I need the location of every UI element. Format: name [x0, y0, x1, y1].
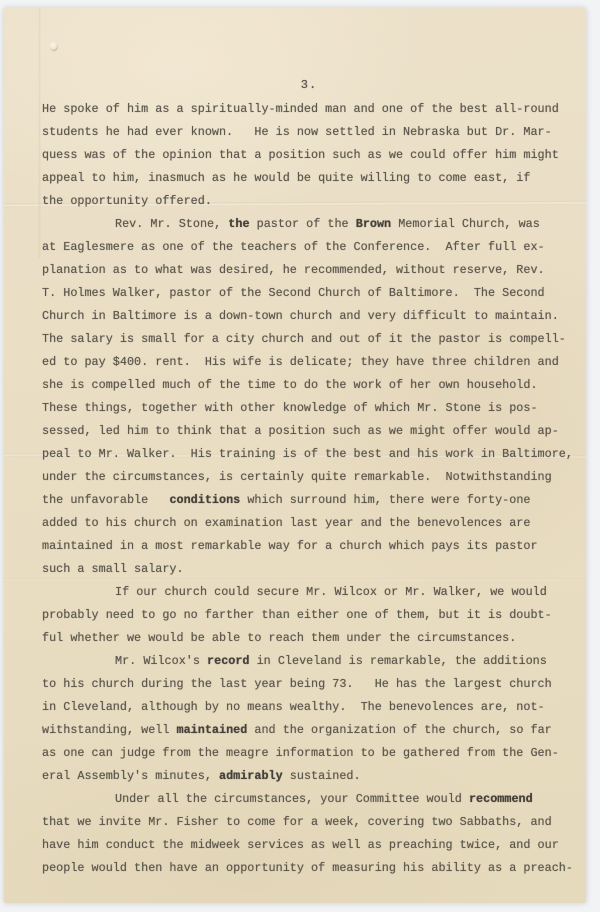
- page-number: 3.: [4, 74, 586, 97]
- overstruck-word: conditions: [169, 493, 240, 507]
- document-lines: He spoke of him as a spiritually-minded …: [42, 98, 582, 880]
- document-line: sessed, led him to think that a position…: [42, 420, 582, 443]
- line-text: Under all the circumstances, your Commit…: [115, 792, 469, 806]
- document-line: to his church during the last year being…: [42, 673, 582, 696]
- line-text: ed to pay $400. rent. His wife is delica…: [42, 355, 559, 369]
- overstruck-word: maintained: [177, 723, 248, 737]
- document-line: maintained in a most remarkable way for …: [42, 535, 582, 558]
- document-line: under the circumstances, is certainly qu…: [42, 466, 582, 489]
- document-line: withstanding, well maintained and the or…: [42, 719, 582, 742]
- line-text: students he had ever known. He is now se…: [42, 125, 552, 139]
- line-text: appeal to him, inasmuch as he would be q…: [42, 171, 530, 185]
- document-line: quess was of the opinion that a position…: [42, 144, 582, 167]
- line-text: as one can judge from the meagre informa…: [42, 746, 559, 760]
- document-line: He spoke of him as a spiritually-minded …: [42, 98, 582, 121]
- line-text: she is compelled much of the time to do …: [42, 378, 538, 392]
- overstruck-word: recommend: [469, 792, 533, 806]
- document-line: peal to Mr. Walker. His training is of t…: [42, 443, 582, 466]
- line-text: withstanding, well: [42, 723, 177, 737]
- line-text: sessed, led him to think that a position…: [42, 424, 559, 438]
- scan-background: 3. He spoke of him as a spiritually-mind…: [0, 0, 600, 912]
- line-text: that we invite Mr. Fisher to come for a …: [42, 815, 552, 829]
- document-line: The salary is small for a city church an…: [42, 328, 582, 351]
- line-text: Rev. Mr. Stone,: [115, 217, 228, 231]
- paper-streak: [38, 8, 41, 258]
- line-text: Memorial Church, was: [391, 217, 540, 231]
- line-text: people would then have an opportunity of…: [42, 861, 573, 875]
- overstruck-word: record: [207, 654, 249, 668]
- line-text: added to his church on examination last …: [42, 516, 530, 530]
- document-line: she is compelled much of the time to do …: [42, 374, 582, 397]
- line-text: If our church could secure Mr. Wilcox or…: [115, 585, 547, 599]
- line-text: Church in Baltimore is a down-town churc…: [42, 309, 559, 323]
- line-text: maintained in a most remarkable way for …: [42, 539, 538, 553]
- document-line: that we invite Mr. Fisher to come for a …: [42, 811, 582, 834]
- document-line: Church in Baltimore is a down-town churc…: [42, 305, 582, 328]
- document-line: ed to pay $400. rent. His wife is delica…: [42, 351, 582, 374]
- line-text: pastor of the: [250, 217, 356, 231]
- document-line: planation as to what was desired, he rec…: [42, 259, 582, 282]
- document-line: If our church could secure Mr. Wilcox or…: [42, 581, 582, 604]
- line-text: planation as to what was desired, he rec…: [42, 263, 545, 277]
- document-line: such a small salary.: [42, 558, 582, 581]
- line-text: at Eaglesmere as one of the teachers of …: [42, 240, 545, 254]
- pinhole-mark: [50, 42, 57, 50]
- line-text: eral Assembly's minutes,: [42, 769, 219, 783]
- document-line: Under all the circumstances, your Commit…: [42, 788, 582, 811]
- document-line: have him conduct the midweek services as…: [42, 834, 582, 857]
- overstruck-word: admirably: [219, 769, 283, 783]
- line-text: which surround him, there were forty-one: [240, 493, 530, 507]
- line-text: He spoke of him as a spiritually-minded …: [42, 102, 559, 116]
- line-text: and the organization of the church, so f…: [247, 723, 551, 737]
- line-text: peal to Mr. Walker. His training is of t…: [42, 447, 573, 461]
- line-text: These things, together with other knowle…: [42, 401, 538, 415]
- document-line: people would then have an opportunity of…: [42, 857, 582, 880]
- line-text: such a small salary.: [42, 562, 184, 576]
- document-line: as one can judge from the meagre informa…: [42, 742, 582, 765]
- line-text: quess was of the opinion that a position…: [42, 148, 559, 162]
- line-text: the opportunity offered.: [42, 194, 212, 208]
- document-line: the opportunity offered.: [42, 190, 582, 213]
- line-text: T. Holmes Walker, pastor of the Second C…: [42, 286, 545, 300]
- line-text: The salary is small for a city church an…: [42, 332, 566, 346]
- line-text: to his church during the last year being…: [42, 677, 552, 691]
- document-line: T. Holmes Walker, pastor of the Second C…: [42, 282, 582, 305]
- line-text: the unfavorable: [42, 493, 169, 507]
- document-line: ful whether we would be able to reach th…: [42, 627, 582, 650]
- document-line: Rev. Mr. Stone, the pastor of the Brown …: [42, 213, 582, 236]
- document-line: added to his church on examination last …: [42, 512, 582, 535]
- overstruck-word: Brown: [356, 217, 391, 231]
- line-text: probably need to go no farther than eith…: [42, 608, 552, 622]
- overstruck-word: the: [228, 217, 249, 231]
- document-line: eral Assembly's minutes, admirably susta…: [42, 765, 582, 788]
- document-line: appeal to him, inasmuch as he would be q…: [42, 167, 582, 190]
- document-line: These things, together with other knowle…: [42, 397, 582, 420]
- line-text: in Cleveland, although by no means wealt…: [42, 700, 545, 714]
- document-line: Mr. Wilcox's record in Cleveland is rema…: [42, 650, 582, 673]
- line-text: under the circumstances, is certainly qu…: [42, 470, 552, 484]
- line-text: ful whether we would be able to reach th…: [42, 631, 516, 645]
- document-line: students he had ever known. He is now se…: [42, 121, 582, 144]
- document-line: in Cleveland, although by no means wealt…: [42, 696, 582, 719]
- document-line: the unfavorable conditions which surroun…: [42, 489, 582, 512]
- line-text: in Cleveland is remarkable, the addition…: [250, 654, 547, 668]
- document-page: 3. He spoke of him as a spiritually-mind…: [4, 8, 586, 903]
- line-text: sustained.: [283, 769, 361, 783]
- document-line: probably need to go no farther than eith…: [42, 604, 582, 627]
- line-text: have him conduct the midweek services as…: [42, 838, 559, 852]
- line-text: Mr. Wilcox's: [115, 654, 207, 668]
- document-line: at Eaglesmere as one of the teachers of …: [42, 236, 582, 259]
